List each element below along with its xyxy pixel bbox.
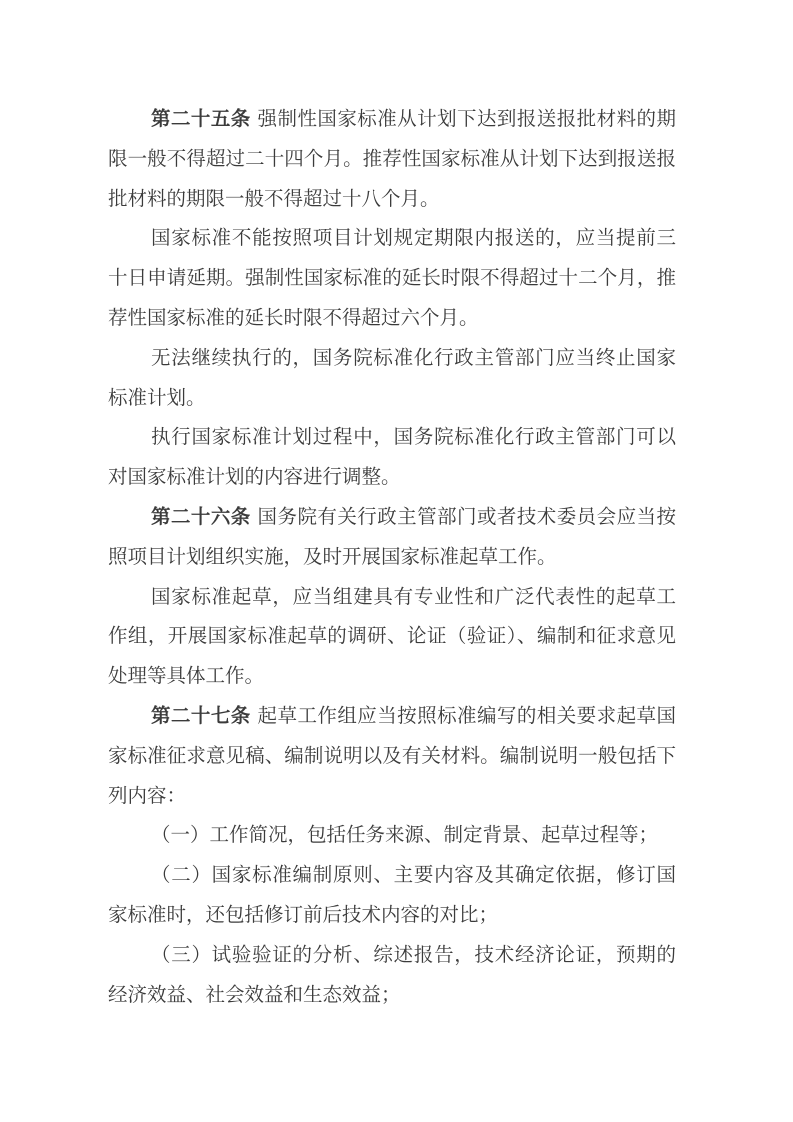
paragraph: 国家标准起草，应当组建具有专业性和广泛代表性的起草工作组，开展国家标准起草的调研… (108, 578, 676, 697)
paragraph: 执行国家标准计划过程中，国务院标准化行政主管部门可以对国家标准计划的内容进行调整… (108, 418, 676, 498)
paragraph-article-27: 第二十七条起草工作组应当按照标准编写的相关要求起草国家标准征求意见稿、编制说明以… (108, 697, 676, 816)
paragraph-text: 执行国家标准计划过程中，国务院标准化行政主管部门可以对国家标准计划的内容进行调整… (108, 426, 676, 488)
list-item-2: （二）国家标准编制原则、主要内容及其确定依据，修订国家标准时，还包括修订前后技术… (108, 856, 676, 936)
paragraph-text: （一）工作简况，包括任务来源、制定背景、起草过程等； (151, 824, 658, 846)
article-number-26: 第二十六条 (151, 506, 251, 528)
document-body: 第二十五条强制性国家标准从计划下达到报送报批材料的期限一般不得超过二十四个月。推… (108, 100, 676, 1015)
paragraph-article-25: 第二十五条强制性国家标准从计划下达到报送报批材料的期限一般不得超过二十四个月。推… (108, 100, 676, 219)
paragraph-text: （二）国家标准编制原则、主要内容及其确定依据，修订国家标准时，还包括修订前后技术… (108, 864, 676, 926)
paragraph-article-26: 第二十六条国务院有关行政主管部门或者技术委员会应当按照项目计划组织实施，及时开展… (108, 498, 676, 578)
paragraph-text: （三）试验验证的分析、综述报告，技术经济论证，预期的经济效益、社会效益和生态效益… (108, 944, 676, 1006)
document-page: 第二十五条强制性国家标准从计划下达到报送报批材料的期限一般不得超过二十四个月。推… (0, 0, 793, 1122)
paragraph-text: 无法继续执行的，国务院标准化行政主管部门应当终止国家标准计划。 (108, 347, 676, 409)
article-number-25: 第二十五条 (151, 108, 251, 130)
paragraph: 无法继续执行的，国务院标准化行政主管部门应当终止国家标准计划。 (108, 339, 676, 419)
paragraph: 国家标准不能按照项目计划规定期限内报送的，应当提前三十日申请延期。强制性国家标准… (108, 219, 676, 338)
list-item-1: （一）工作简况，包括任务来源、制定背景、起草过程等； (108, 816, 676, 856)
paragraph-text: 国家标准起草，应当组建具有专业性和广泛代表性的起草工作组，开展国家标准起草的调研… (108, 586, 676, 688)
article-number-27: 第二十七条 (151, 705, 251, 727)
paragraph-text: 国家标准不能按照项目计划规定期限内报送的，应当提前三十日申请延期。强制性国家标准… (108, 227, 676, 329)
list-item-3: （三）试验验证的分析、综述报告，技术经济论证，预期的经济效益、社会效益和生态效益… (108, 936, 676, 1016)
